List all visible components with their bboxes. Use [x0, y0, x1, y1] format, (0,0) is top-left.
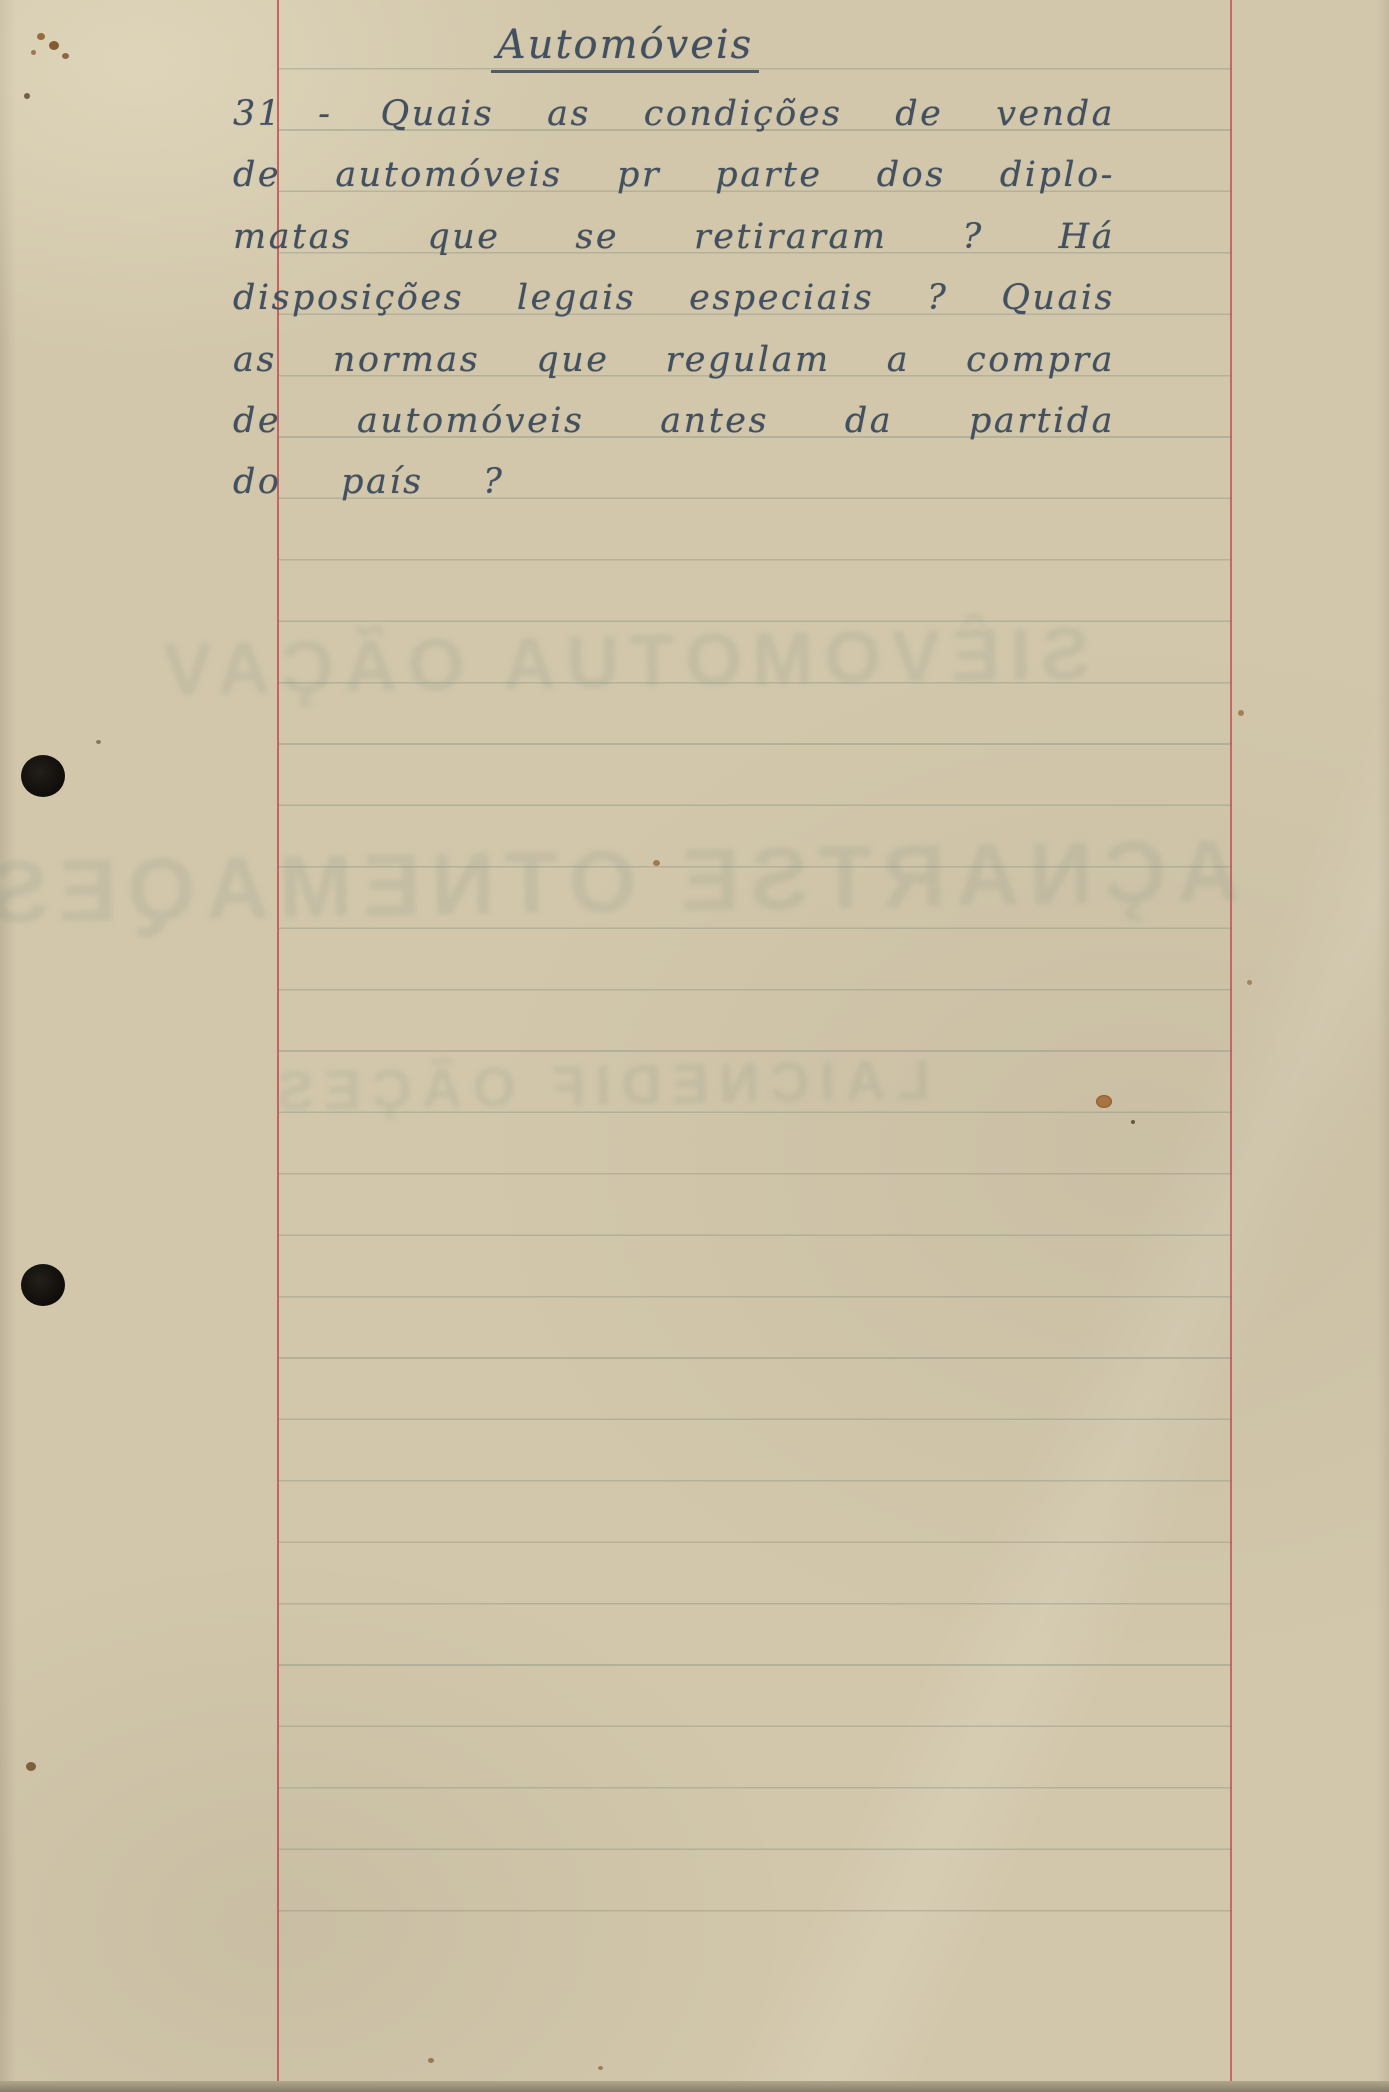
stain-speck	[24, 93, 30, 99]
right-margin-line	[1230, 0, 1232, 2092]
page-bottom-edge-shadow	[0, 2081, 1389, 2092]
handwritten-question-block: 31 -Quais as condições de venda de autom…	[233, 84, 1115, 514]
handwritten-line-4: disposições legais especiais ? Quais	[233, 268, 1115, 329]
stain-speck	[37, 33, 45, 40]
title-container: Automóveis	[455, 22, 795, 73]
stain-speck	[1247, 980, 1252, 985]
handwritten-line-1: 31 -Quais as condições de venda	[233, 84, 1115, 145]
page-title: Automóveis	[491, 22, 759, 73]
bleedthrough-text-row1: SIÊVOMOTUA OÃÇAV	[269, 611, 1090, 710]
stain-speck	[26, 1762, 36, 1771]
stain-speck	[49, 41, 59, 50]
scanned-notebook-page: SIÊVOMOTUA OÃÇAV AÇNARTSE OTNEMAQES LAIC…	[0, 0, 1389, 2092]
stain-speck	[62, 53, 69, 59]
punch-hole-top	[21, 755, 65, 797]
handwritten-line-2: de automóveis pr parte dos diplo-	[233, 145, 1115, 206]
handwritten-line-3: matas que se retiraram ? Há	[233, 207, 1115, 268]
line-1-text: Quais as condições de venda	[381, 94, 1116, 134]
handwritten-line-7: do país ?	[233, 452, 1115, 513]
handwritten-line-6: de automóveis antes da partida	[233, 391, 1115, 452]
stain-speck	[428, 2058, 434, 2063]
handwritten-line-5: as normas que regulam a compra	[233, 330, 1115, 391]
stain-speck	[31, 50, 36, 55]
bleedthrough-text-row2: AÇNARTSE OTNEMAQES	[279, 820, 1241, 939]
stain-speck	[96, 740, 101, 744]
stain-speck	[1131, 1120, 1135, 1124]
stain-speck	[598, 2066, 603, 2070]
stain-speck	[1096, 1095, 1112, 1108]
stain-speck	[653, 860, 660, 866]
stain-speck	[1238, 710, 1244, 716]
question-number: 31 -	[233, 84, 333, 145]
punch-hole-bottom	[21, 1264, 65, 1306]
bleedthrough-text-row3: LAICNEDIF OÃÇES	[329, 1047, 930, 1122]
